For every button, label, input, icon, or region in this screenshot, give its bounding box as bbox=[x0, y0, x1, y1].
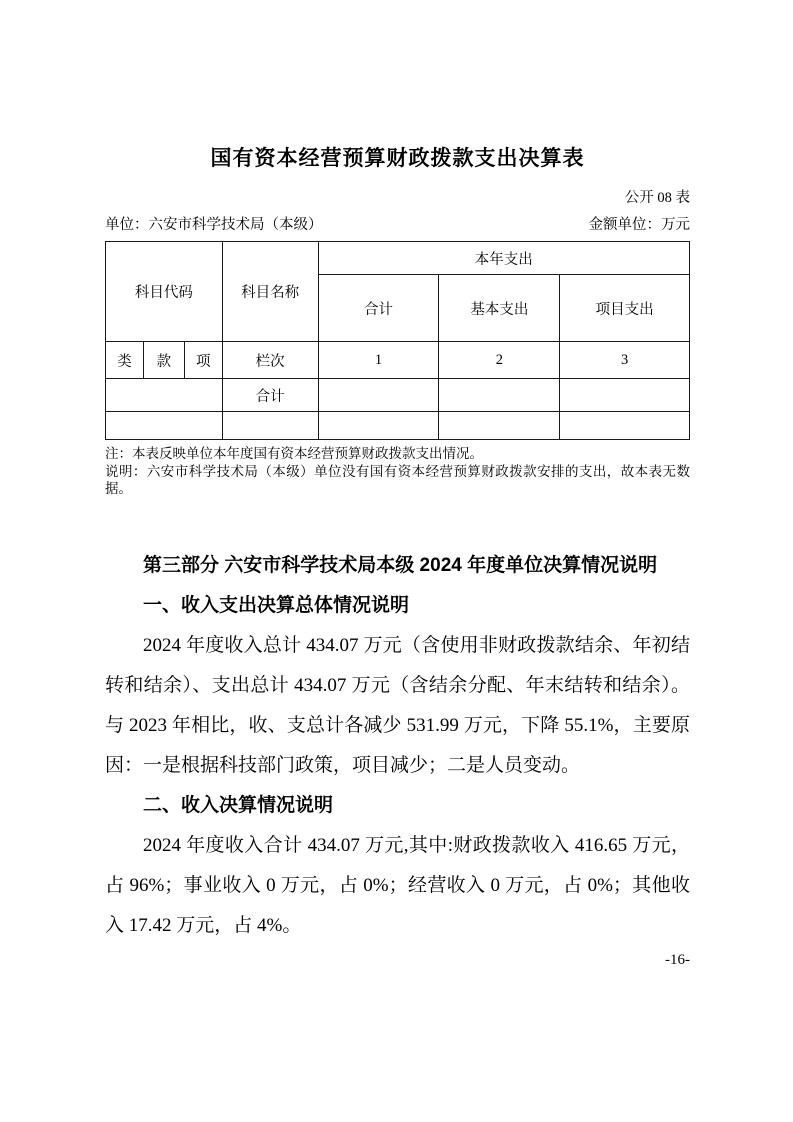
th-column-index-label: 栏次 bbox=[222, 342, 318, 379]
narrative-section: 第三部分 六安市科学技术局本级 2024 年度单位决算情况说明 一、收入支出决算… bbox=[105, 546, 690, 946]
part-three-title: 第三部分 六安市科学技术局本级 2024 年度单位决算情况说明 bbox=[105, 546, 690, 586]
cell-basic bbox=[439, 379, 560, 412]
page-number: -16- bbox=[105, 950, 690, 970]
document-title: 国有资本经营预算财政拨款支出决算表 bbox=[105, 146, 690, 172]
th-code-item: 项 bbox=[184, 342, 222, 379]
cell-code bbox=[106, 379, 223, 412]
cell-total bbox=[318, 379, 439, 412]
cell-project bbox=[560, 412, 690, 440]
th-subject-code: 科目代码 bbox=[106, 242, 223, 342]
budget-expenditure-table: 科目代码 科目名称 本年支出 合计 基本支出 项目支出 类 款 项 栏次 1 2… bbox=[105, 241, 690, 440]
th-basic-expenditure: 基本支出 bbox=[439, 275, 560, 342]
section-paragraph-1: 2024 年度收入总计 434.07 万元（含使用非财政拨款结余、年初结转和结余… bbox=[105, 626, 690, 786]
th-current-year-expenditure: 本年支出 bbox=[318, 242, 689, 275]
th-col-2: 2 bbox=[439, 342, 560, 379]
unit-line: 单位：六安市科学技术局（本级） 金额单位：万元 bbox=[105, 216, 690, 234]
th-code-section: 款 bbox=[143, 342, 184, 379]
cell-name: 合计 bbox=[222, 379, 318, 412]
th-project-expenditure: 项目支出 bbox=[560, 275, 690, 342]
table-header-row-1: 科目代码 科目名称 本年支出 bbox=[106, 242, 690, 275]
form-code: 公开 08 表 bbox=[105, 189, 690, 207]
cell-name bbox=[222, 412, 318, 440]
table-row-empty bbox=[106, 412, 690, 440]
th-code-class: 类 bbox=[106, 342, 144, 379]
th-col-1: 1 bbox=[318, 342, 439, 379]
section-heading-1: 一、收入支出决算总体情况说明 bbox=[105, 586, 690, 626]
cell-basic bbox=[439, 412, 560, 440]
amount-unit-label: 金额单位：万元 bbox=[589, 216, 691, 234]
section-paragraph-2: 2024 年度收入合计 434.07 万元,其中:财政拨款收入 416.65 万… bbox=[105, 826, 690, 946]
section-heading-2: 二、收入决算情况说明 bbox=[105, 786, 690, 826]
th-col-3: 3 bbox=[560, 342, 690, 379]
table-row-total: 合计 bbox=[106, 379, 690, 412]
cell-code bbox=[106, 412, 223, 440]
cell-total bbox=[318, 412, 439, 440]
table-note-line: 注：本表反映单位本年度国有资本经营预算财政拨款支出情况。 bbox=[105, 445, 690, 463]
table-explanation-line: 说明：六安市科学技术局（本级）单位没有国有资本经营预算财政拨款安排的支出，故本表… bbox=[105, 463, 690, 498]
table-notes: 注：本表反映单位本年度国有资本经营预算财政拨款支出情况。 说明：六安市科学技术局… bbox=[105, 445, 690, 498]
table-column-index-row: 类 款 项 栏次 1 2 3 bbox=[106, 342, 690, 379]
th-total: 合计 bbox=[318, 275, 439, 342]
cell-project bbox=[560, 379, 690, 412]
th-subject-name: 科目名称 bbox=[222, 242, 318, 342]
document-page: 国有资本经营预算财政拨款支出决算表 公开 08 表 单位：六安市科学技术局（本级… bbox=[0, 0, 793, 1122]
unit-label: 单位：六安市科学技术局（本级） bbox=[105, 216, 323, 234]
